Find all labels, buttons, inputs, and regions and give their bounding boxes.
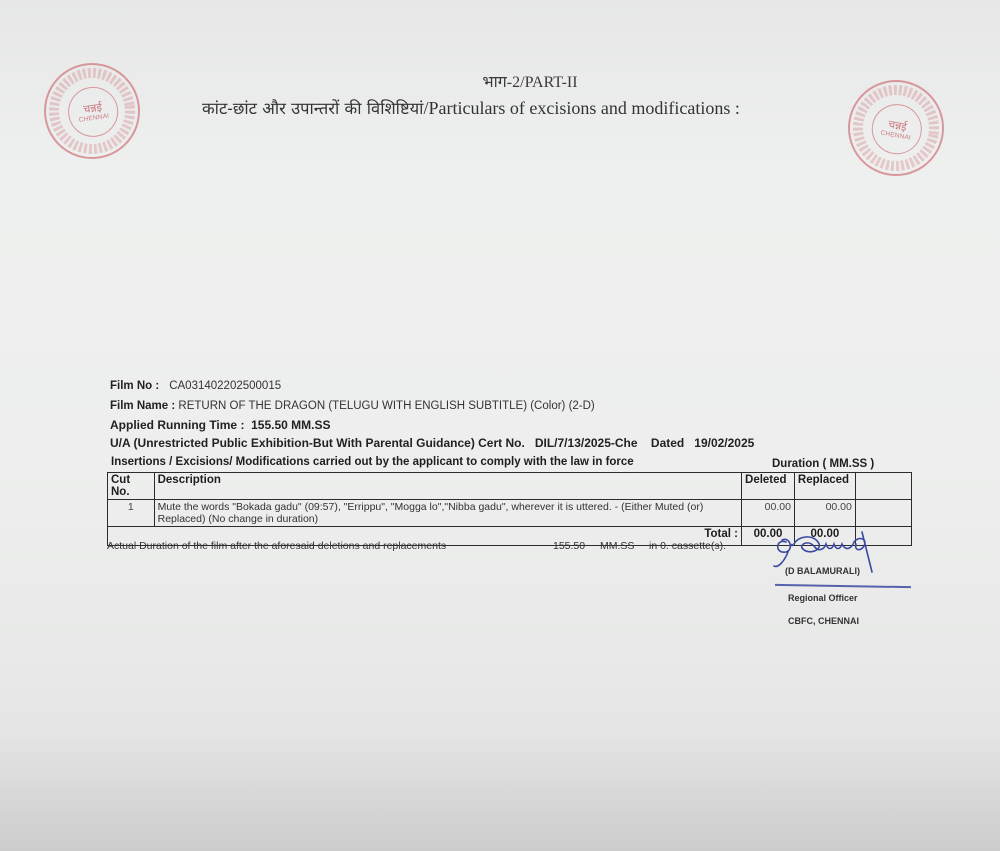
table-header-row: Cut No. Description Deleted Replaced [108, 473, 912, 500]
seal-city-text: CHENNAI [880, 129, 911, 141]
header-description: Description [154, 473, 741, 500]
actual-duration-unit: MM.SS [600, 540, 634, 552]
film-name-value: RETURN OF THE DRAGON (TELUGU WITH ENGLIS… [178, 400, 594, 412]
duration-caption: Duration ( MM.SS ) [772, 458, 874, 470]
certificate-number: DIL/7/13/2025-Che [535, 436, 638, 450]
table-row: 1 Mute the words "Bokada gadu" (09:57), … [108, 500, 912, 527]
header-deleted: Deleted [742, 473, 795, 500]
title-english: Particulars of excisions and modificatio… [428, 98, 739, 118]
header-replaced: Replaced [794, 473, 855, 500]
cassette-count: in 0. cassette(s). [649, 540, 726, 552]
film-name-row: Film Name : RETURN OF THE DRAGON (TELUGU… [110, 400, 595, 412]
page-title: कांट-छांट और उपान्तरों की विशिष्टियां/Pa… [202, 96, 740, 119]
header-cut-no: Cut No. [108, 473, 155, 500]
seal-city-text: CHENNAI [78, 112, 109, 123]
cell-replaced: 00.00 [794, 500, 855, 527]
table-caption: Insertions / Excisions/ Modifications ca… [111, 456, 634, 468]
header-blank [855, 473, 911, 500]
running-time-label: Applied Running Time : [110, 418, 244, 432]
actual-duration-label: Actual Duration of the film after the af… [107, 540, 446, 552]
film-number-row: Film No :CA031402202500015 [110, 380, 281, 392]
photo-shadow [0, 731, 1000, 851]
signature-underline [775, 584, 911, 588]
dated-value: 19/02/2025 [694, 436, 754, 450]
actual-duration-value: 155.50 [553, 540, 585, 552]
running-time-row: Applied Running Time : 155.50 MM.SS [110, 418, 330, 432]
dated-label: Dated [651, 436, 684, 450]
title-hindi: कांट-छांट और उपान्तरों की विशिष्टियां [202, 99, 423, 118]
cell-blank [855, 500, 911, 527]
cell-deleted: 00.00 [742, 500, 795, 527]
signatory-office: CBFC, CHENNAI [788, 616, 859, 626]
film-name-label: Film Name : [110, 400, 175, 412]
running-time-value: 155.50 MM.SS [251, 418, 330, 432]
signatory-title: Regional Officer [788, 593, 858, 603]
cell-description: Mute the words "Bokada gadu" (09:57), "E… [154, 500, 741, 527]
certificate-text: U/A (Unrestricted Public Exhibition-But … [110, 436, 525, 450]
film-number-label: Film No : [110, 380, 159, 392]
cell-cut-no: 1 [108, 500, 155, 527]
actual-duration-row: Actual Duration of the film after the af… [107, 540, 446, 552]
film-number-value: CA031402202500015 [169, 380, 281, 392]
certificate-row: U/A (Unrestricted Public Exhibition-But … [110, 436, 754, 450]
signatory-name: (D BALAMURALI) [785, 566, 860, 576]
part-label: भाग-2/PART-II [0, 70, 1000, 92]
